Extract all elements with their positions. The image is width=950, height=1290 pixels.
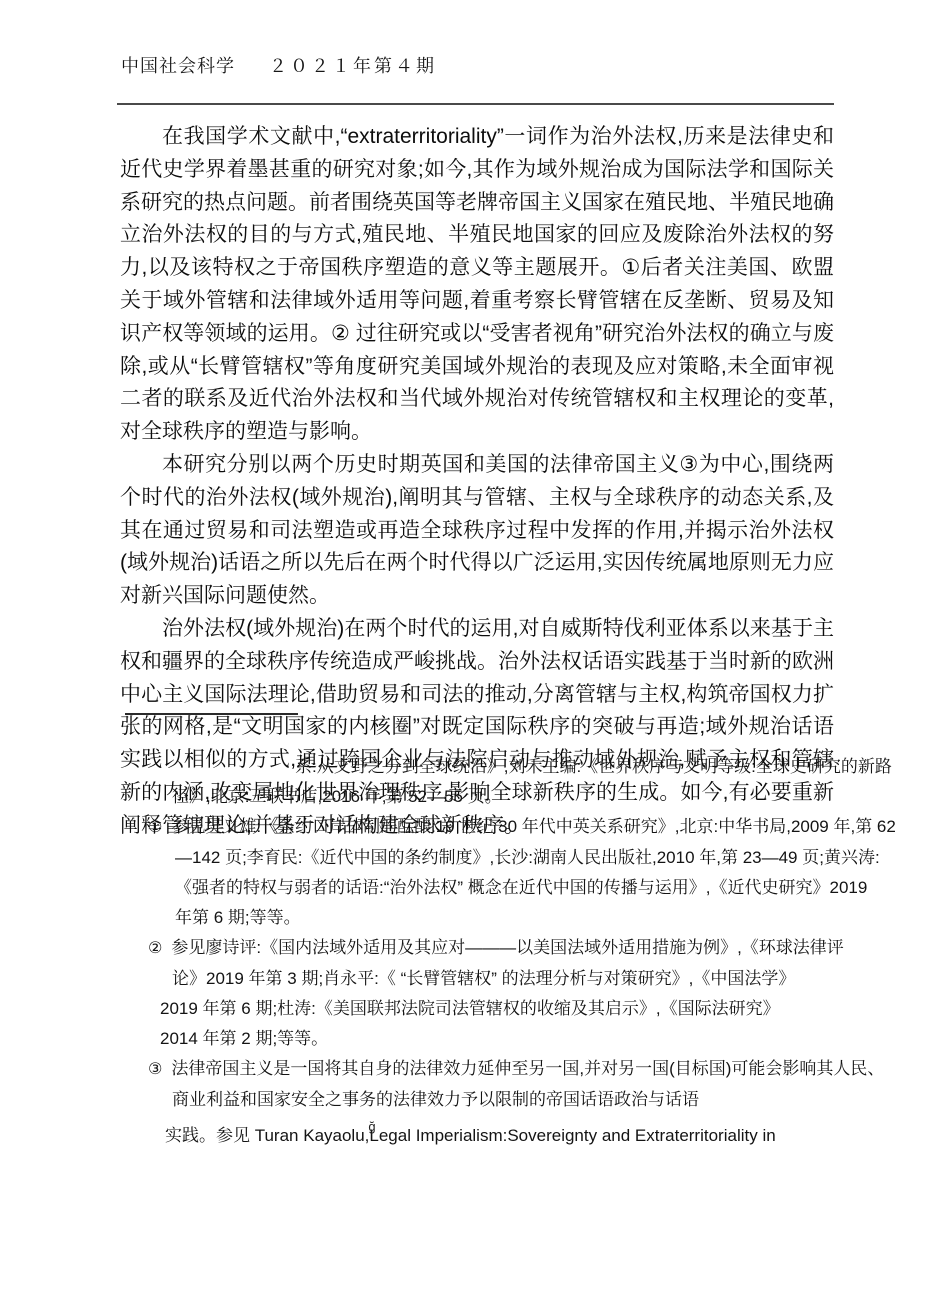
- page-header: 中国社会科学２０２１年第４期: [121, 52, 437, 78]
- footnote-line: 论》2019 年第 3 期;肖永平:《 “长臂管辖权” 的法理分析与对策研究》,…: [172, 964, 860, 994]
- footnote-line: 法律帝国主义是一国将其自身的法律效力延伸至另一国,并对另一国(目标国)可能会影响…: [171, 1059, 884, 1078]
- footnote-line: 2019 年第 6 期;杜涛:《美国联邦法院司法管辖权的收缩及其启示》,《国际法…: [160, 994, 860, 1024]
- footnote-english-pre: 实践。参见 Turan Kayaolu,: [165, 1126, 369, 1145]
- footnote-item-1: ①参见吴义雄:《条约口岸体制的酝酿:19 世纪 30 年代中英关系研究》,北京:…: [148, 812, 860, 843]
- footnote-line: 参见吴义雄:《条约口岸体制的酝酿:19 世纪 30 年代中英关系研究》,北京:中…: [171, 817, 896, 836]
- footnote-line: —142 页;李育民:《近代中国的条约制度》,长沙:湖南人民出版社,2010 年…: [175, 843, 860, 873]
- footnote-line-english: 实践。参见 Turan Kayaolu,ğLegal Imperialism:S…: [165, 1121, 860, 1151]
- footnote-marker-3: ③: [148, 1055, 162, 1085]
- footnote-item-3: ③法律帝国主义是一国将其自身的法律效力延伸至另一国,并对另一国(目标国)可能会影…: [148, 1054, 860, 1085]
- footnote-line: 商业利益和国家安全之事务的法律效力予以限制的帝国话语政治与话语: [172, 1085, 860, 1115]
- journal-page: 中国社会科学２０２１年第４期 在我国学术文献中,“extraterritoria…: [0, 0, 950, 1290]
- footnote-marker-2: ②: [148, 934, 162, 964]
- footnote-english-post: Legal Imperialism:Sovereignty and Extrat…: [369, 1126, 775, 1145]
- footnote-continuation-line: 系:从文野之分到全球统治》,刘禾主编:《世界秩序与文明等级:全球史研究的新路: [295, 752, 860, 782]
- header-divider: [117, 103, 834, 105]
- footnote-line: 年第 6 期;等等。: [175, 903, 860, 933]
- body-paragraph: 在我国学术文献中,“extraterritoriality”一词作为治外法权,历…: [120, 121, 834, 449]
- footnote-line: 《强者的特权与弱者的话语:“治外法权” 概念在近代中国的传播与运用》,《近代史研…: [175, 873, 860, 903]
- footnote-english-title: ğLegal Imperialism:Sovereignty and Extra…: [369, 1126, 775, 1145]
- article-body: 在我国学术文献中,“extraterritoriality”一词作为治外法权,历…: [120, 121, 834, 843]
- footnote-continuation-line: 径》,北京:三联书店,2016 年,第 52—55 页。: [172, 782, 860, 812]
- footnote-item-2: ②参见廖诗评:《国内法域外适用及其应对———以美国法域外适用措施为例》,《环球法…: [148, 933, 860, 964]
- footnote-line: 参见廖诗评:《国内法域外适用及其应对———以美国法域外适用措施为例》,《环球法律…: [171, 938, 843, 957]
- footnotes-section: 系:从文野之分到全球统治》,刘禾主编:《世界秩序与文明等级:全球史研究的新路 径…: [120, 752, 860, 1151]
- displaced-diacritic: ğ: [368, 1112, 375, 1142]
- footnote-divider: [125, 713, 298, 715]
- footnote-line: 2014 年第 2 期;等等。: [160, 1024, 860, 1054]
- body-paragraph: 本研究分别以两个历史时期英国和美国的法律帝国主义③为中心,围绕两个时代的治外法权…: [120, 449, 834, 613]
- footnote-marker-1: ①: [148, 813, 162, 843]
- issue-label: ２０２１年第４期: [269, 56, 437, 76]
- journal-title: 中国社会科学: [121, 56, 235, 76]
